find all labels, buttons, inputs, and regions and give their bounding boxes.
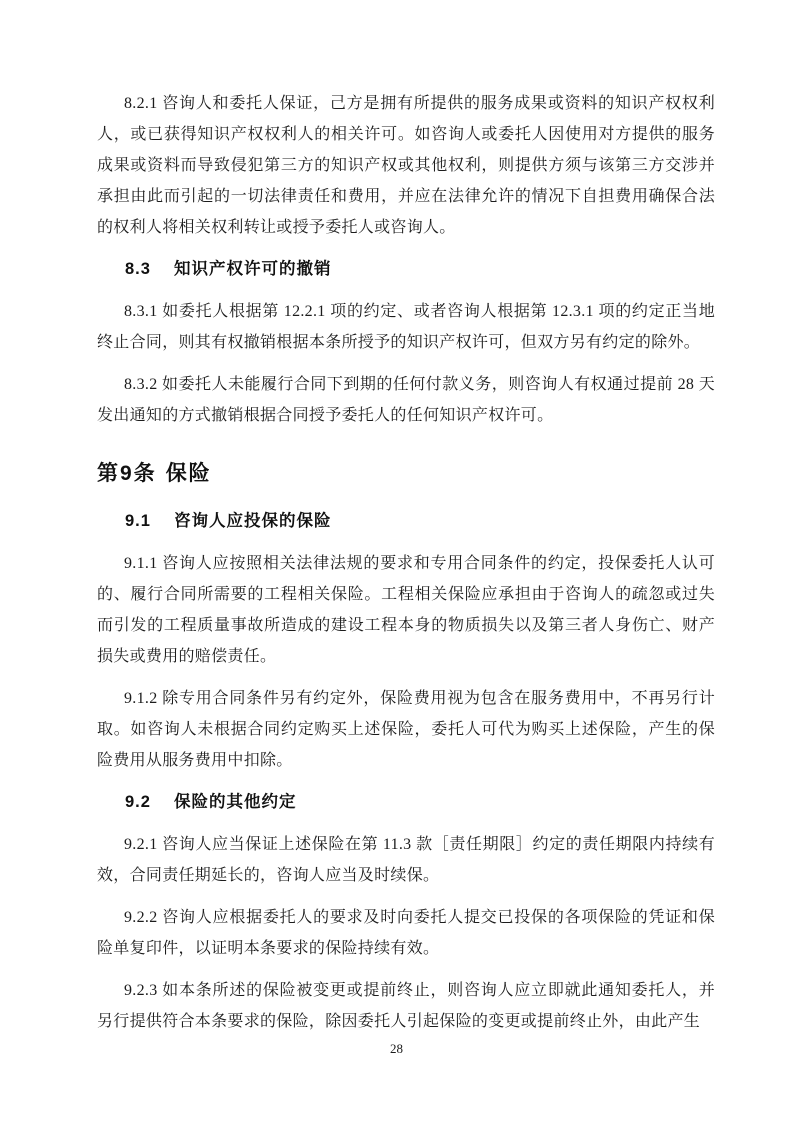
document-page: 8.2.1 咨询人和委托人保证，己方是拥有所提供的服务成果或资料的知识产权权利人…: [0, 0, 793, 1122]
paragraph-8-3-1: 8.3.1 如委托人根据第 12.2.1 项的约定、或者咨询人根据第 12.3.…: [97, 296, 715, 358]
article-heading-9: 第9条保险: [97, 457, 715, 491]
paragraph-9-2-2: 9.2.2 咨询人应根据委托人的要求及时向委托人提交已投保的各项保险的凭证和保险…: [97, 902, 715, 964]
paragraph-9-1-1: 9.1.1 咨询人应按照相关法律法规的要求和专用合同条件的约定，投保委托人认可的…: [97, 548, 715, 672]
paragraph-9-1-2: 9.1.2 除专用合同条件另有约定外，保险费用视为包含在服务费用中，不再另行计取…: [97, 683, 715, 776]
section-heading-9-2: 9.2保险的其他约定: [97, 787, 715, 818]
section-number: 9.1: [125, 506, 151, 537]
paragraph-9-2-3: 9.2.3 如本条所述的保险被变更或提前终止，则咨询人应立即就此通知委托人，并另…: [97, 975, 715, 1037]
paragraph-8-3-2: 8.3.2 如委托人未能履行合同下到期的任何付款义务，则咨询人有权通过提前 28…: [97, 369, 715, 431]
article-number: 第9条: [97, 457, 157, 491]
section-number: 8.3: [125, 254, 151, 285]
page-footer: 28: [0, 1040, 793, 1058]
section-number: 9.2: [125, 787, 151, 818]
section-title: 咨询人应投保的保险: [174, 512, 332, 530]
page-number: 28: [390, 1041, 403, 1056]
article-title: 保险: [166, 462, 212, 485]
section-heading-9-1: 9.1咨询人应投保的保险: [97, 506, 715, 537]
document-body: 8.2.1 咨询人和委托人保证，己方是拥有所提供的服务成果或资料的知识产权权利人…: [97, 88, 715, 1037]
section-title: 保险的其他约定: [174, 793, 297, 811]
paragraph-8-2-1: 8.2.1 咨询人和委托人保证，己方是拥有所提供的服务成果或资料的知识产权权利人…: [97, 88, 715, 243]
paragraph-9-2-1: 9.2.1 咨询人应当保证上述保险在第 11.3 款［责任期限］约定的责任期限内…: [97, 829, 715, 891]
section-heading-8-3: 8.3知识产权许可的撤销: [97, 254, 715, 285]
section-title: 知识产权许可的撤销: [174, 260, 332, 278]
